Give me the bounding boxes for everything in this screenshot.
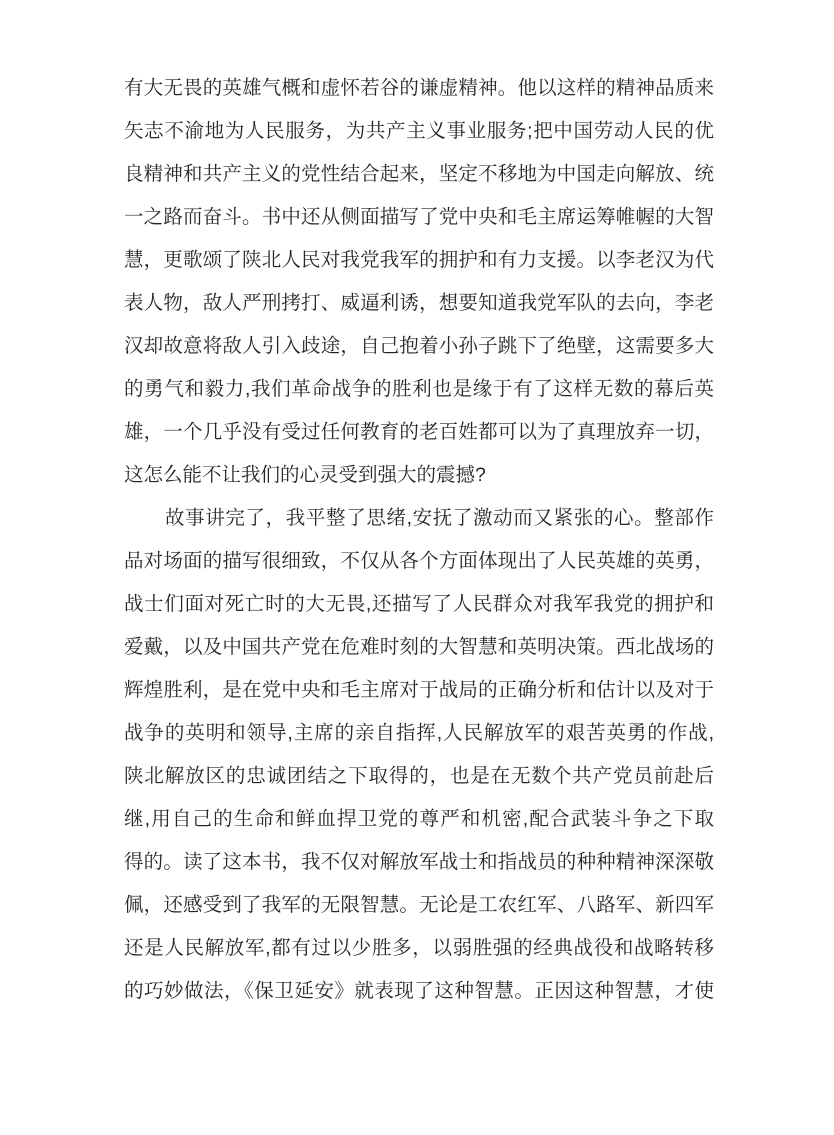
text-line: 表人物，敌人严刑拷打、威逼利诱，想要知道我党军队的去向，李老 bbox=[124, 282, 714, 325]
text-line: 爱戴，以及中国共产党在危难时刻的大智慧和英明决策。西北战场的 bbox=[124, 626, 714, 669]
paragraph: 有大无畏的英雄气概和虚怀若谷的谦虚精神。他以这样的精神品质来矢志不渝地为人民服务… bbox=[124, 67, 714, 497]
text-line: 故事讲完了，我平整了思绪,安抚了激动而又紧张的心。整部作 bbox=[124, 497, 714, 540]
text-line: 战争的英明和领导,主席的亲自指挥,人民解放军的艰苦英勇的作战, bbox=[124, 712, 714, 755]
text-line: 还是人民解放军,都有过以少胜多，以弱胜强的经典战役和战略转移 bbox=[124, 927, 714, 970]
essay-body: 有大无畏的英雄气概和虚怀若谷的谦虚精神。他以这样的精神品质来矢志不渝地为人民服务… bbox=[124, 67, 714, 1013]
text-line: 的勇气和毅力,我们革命战争的胜利也是缘于有了这样无数的幕后英 bbox=[124, 368, 714, 411]
text-line: 辉煌胜利，是在党中央和毛主席对于战局的正确分析和估计以及对于 bbox=[124, 669, 714, 712]
text-line: 品对场面的描写很细致，不仅从各个方面体现出了人民英雄的英勇， bbox=[124, 540, 714, 583]
text-line: 佩，还感受到了我军的无限智慧。无论是工农红军、八路军、新四军 bbox=[124, 884, 714, 927]
text-line: 这怎么能不让我们的心灵受到强大的震撼? bbox=[124, 454, 714, 497]
document-page: 有大无畏的英雄气概和虚怀若谷的谦虚精神。他以这样的精神品质来矢志不渝地为人民服务… bbox=[0, 0, 834, 1135]
text-line: 战士们面对死亡时的大无畏,还描写了人民群众对我军我党的拥护和 bbox=[124, 583, 714, 626]
text-line: 慧，更歌颂了陕北人民对我党我军的拥护和有力支援。以李老汉为代 bbox=[124, 239, 714, 282]
text-line: 陕北解放区的忠诚团结之下取得的，也是在无数个共产党员前赴后 bbox=[124, 755, 714, 798]
text-line: 矢志不渝地为人民服务，为共产主义事业服务;把中国劳动人民的优 bbox=[124, 110, 714, 153]
text-line: 汉却故意将敌人引入歧途，自己抱着小孙子跳下了绝壁，这需要多大 bbox=[124, 325, 714, 368]
paragraph: 故事讲完了，我平整了思绪,安抚了激动而又紧张的心。整部作品对场面的描写很细致，不… bbox=[124, 497, 714, 1013]
text-line: 良精神和共产主义的党性结合起来，坚定不移地为中国走向解放、统 bbox=[124, 153, 714, 196]
text-line: 有大无畏的英雄气概和虚怀若谷的谦虚精神。他以这样的精神品质来 bbox=[124, 67, 714, 110]
text-line: 继,用自己的生命和鲜血捍卫党的尊严和机密,配合武装斗争之下取 bbox=[124, 798, 714, 841]
text-line: 得的。读了这本书，我不仅对解放军战士和指战员的种种精神深深敬 bbox=[124, 841, 714, 884]
text-line: 雄，一个几乎没有受过任何教育的老百姓都可以为了真理放弃一切， bbox=[124, 411, 714, 454]
text-line: 的巧妙做法，《保卫延安》就表现了这种智慧。正因这种智慧，才使 bbox=[124, 970, 714, 1013]
text-line: 一之路而奋斗。书中还从侧面描写了党中央和毛主席运筹帷幄的大智 bbox=[124, 196, 714, 239]
